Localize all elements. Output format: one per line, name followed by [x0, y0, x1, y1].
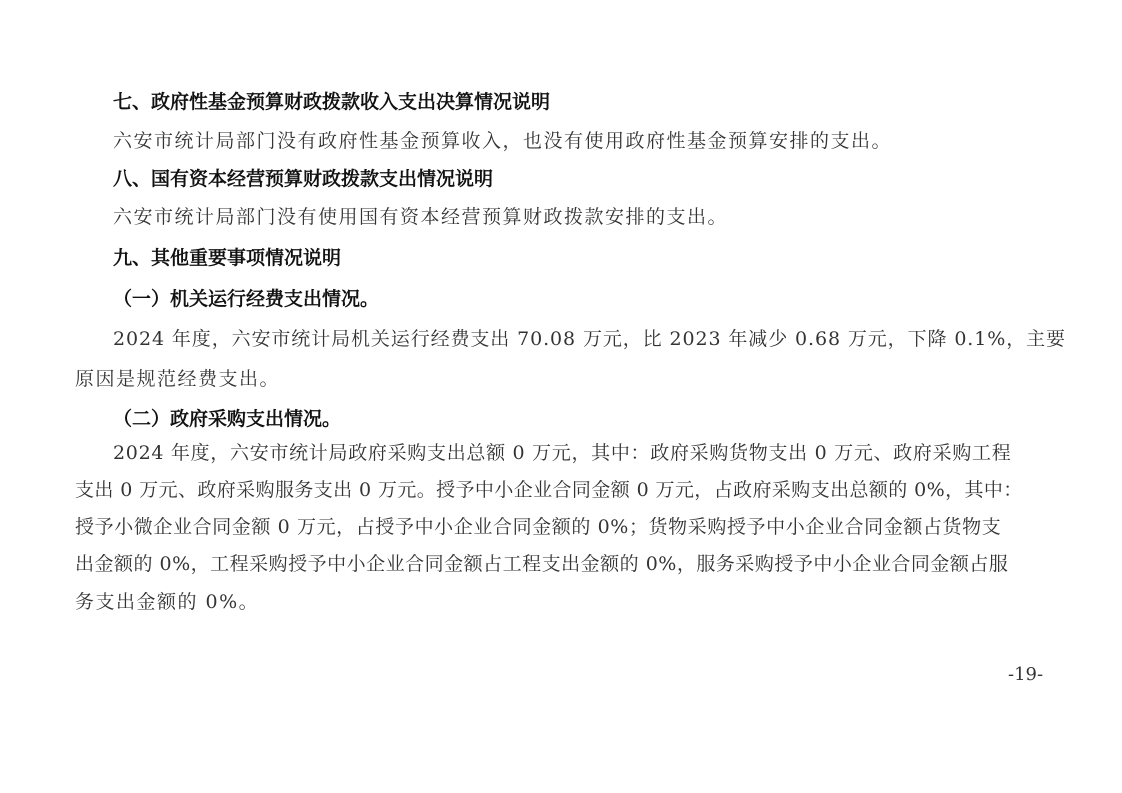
paragraph-line: 原因是规范经费支出。: [75, 367, 280, 391]
section-7-heading: 七、政府性基金预算财政拨款收入支出决算情况说明: [113, 90, 550, 114]
paragraph-line: 支出 0 万元、政府采购服务支出 0 万元。授予中小企业合同金额 0 万元，占政…: [75, 478, 1023, 502]
section-8-text: 六安市统计局部门没有使用国有资本经营预算财政拨款安排的支出。: [113, 205, 728, 229]
section-7-text: 六安市统计局部门没有政府性基金预算收入，也没有使用政府性基金预算安排的支出。: [113, 129, 892, 153]
paragraph-line: 出金额的 0%，工程采购授予中小企业合同金额占工程支出金额的 0%，服务采购授予…: [75, 552, 1008, 576]
paragraph-line: 务支出金额的 0%。: [75, 590, 259, 614]
paragraph-line: 2024 年度，六安市统计局政府采购支出总额 0 万元，其中：政府采购货物支出 …: [113, 441, 1011, 465]
paragraph-line: 2024 年度，六安市统计局机关运行经费支出 70.08 万元，比 2023 年…: [113, 327, 1066, 351]
section-8-heading: 八、国有资本经营预算财政拨款支出情况说明: [113, 167, 493, 191]
subsection-2-heading: （二）政府采购支出情况。: [113, 407, 341, 431]
paragraph-line: 授予小微企业合同金额 0 万元，占授予中小企业合同金额的 0%；货物采购授予中小…: [75, 515, 1001, 539]
page-number: -19-: [1008, 664, 1043, 685]
subsection-1-heading: （一）机关运行经费支出情况。: [113, 287, 379, 311]
section-9-heading: 九、其他重要事项情况说明: [113, 246, 341, 270]
